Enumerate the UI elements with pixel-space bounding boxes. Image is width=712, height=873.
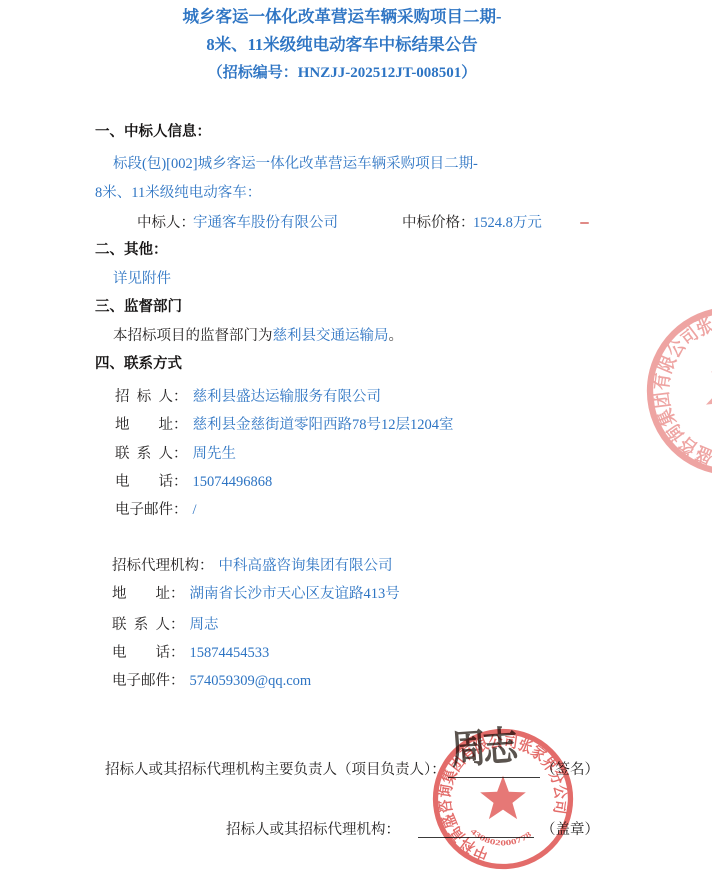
row-label: 联系人 [112, 615, 170, 635]
tenderer-row-address: 地址：慈利县金慈街道零阳西路78号12层1204室 [115, 415, 454, 435]
row-label: 招标人 [115, 387, 173, 407]
handwritten-signature: 周志 [449, 718, 517, 780]
row-label: 电子邮件 [112, 671, 170, 691]
tenderer-row-email: 电子邮件：/ [115, 500, 197, 520]
attachment-note: 详见附件 [113, 269, 171, 289]
seal-ring [616, 276, 712, 505]
row-colon: ： [173, 389, 188, 405]
page-title-line2: 8米、11米级纯电动客车中标结果公告 [0, 34, 684, 56]
stamp-suffix: （盖章） [541, 820, 599, 840]
stamp-underline [418, 821, 534, 838]
row-label: 电话 [112, 643, 170, 663]
supervisor-name: 慈利县交通运输局 [273, 328, 389, 344]
section-heading-other: 二、其他： [95, 240, 168, 260]
lot-line-1: 标段(包)[002]城乡客运一体化改革营运车辆采购项目二期- [113, 154, 478, 174]
page-title-line1: 城乡客运一体化改革营运车辆采购项目二期- [0, 6, 684, 28]
responsible-person-label: 招标人或其招标代理机构主要负责人（项目负责人）： [105, 760, 446, 780]
row-value: 周志 [190, 617, 219, 633]
row-value: / [193, 502, 197, 518]
tenderer-row-contact-person: 联系人：周先生 [115, 444, 236, 464]
row-label: 电话 [115, 472, 173, 492]
signature-suffix: （签名） [541, 760, 599, 780]
row-colon: ： [173, 446, 188, 462]
tender-number: （招标编号：HNZJJ-202512JT-008501） [0, 63, 684, 83]
svg-text:中科高盛咨询集团有限公司张家界分公司: 中科高盛咨询集团有限公司张家界分公司 [617, 277, 712, 503]
section-heading-contact: 四、联系方式 [95, 354, 182, 374]
row-value: 周先生 [193, 446, 237, 462]
row-colon: ： [170, 586, 185, 602]
winner-value: 宇通客车股份有限公司 [193, 213, 338, 233]
supervisor-body-prefix: 本招标项目的监督部门为 [113, 328, 273, 344]
stray-red-mark [580, 222, 589, 224]
row-label: 地址 [115, 415, 173, 435]
row-label: 招标代理机构 [112, 558, 199, 574]
row-value: 574059309@qq.com [190, 673, 312, 689]
company-seal-stamp-right: 中科高盛咨询集团有限公司张家界分公司 430802000778 [604, 264, 712, 519]
agency-row-phone: 电话：15874454533 [112, 643, 269, 663]
document-page: 城乡客运一体化改革营运车辆采购项目二期- 8米、11米级纯电动客车中标结果公告 … [0, 0, 712, 873]
row-colon: ： [173, 417, 188, 433]
row-colon: ： [170, 617, 185, 633]
agency-row-contact-person: 联系人：周志 [112, 615, 219, 635]
supervisor-body: 本招标项目的监督部门为慈利县交通运输局。 [113, 326, 403, 346]
row-colon: ： [170, 645, 185, 661]
row-colon: ： [173, 474, 188, 490]
lot-line-2: 8米、11米级纯电动客车： [95, 183, 261, 203]
agency-stamp-label: 招标人或其招标代理机构： [226, 820, 400, 840]
row-value: 湖南省长沙市天心区友谊路413号 [190, 586, 400, 602]
seal-star-icon [692, 352, 712, 428]
agency-row-email: 电子邮件：574059309@qq.com [112, 671, 311, 691]
agency-row-name: 招标代理机构：中科高盛咨询集团有限公司 [112, 556, 393, 576]
winner-label: 中标人： [137, 213, 195, 233]
price-value: 1524.8万元 [473, 213, 542, 233]
row-value: 15874454533 [190, 645, 270, 661]
seal-graphic: 中科高盛咨询集团有限公司张家界分公司 430802000778 [604, 264, 712, 519]
seal-star-icon [480, 776, 526, 819]
row-label: 联系人 [115, 444, 173, 464]
seal-company-text: 中科高盛咨询集团有限公司张家界分公司 [617, 277, 712, 503]
row-colon: ： [170, 673, 185, 689]
section-heading-supervisor: 三、监督部门 [95, 297, 182, 317]
row-colon: ： [173, 502, 188, 518]
row-value: 15074496868 [193, 474, 273, 490]
supervisor-body-suffix: 。 [389, 328, 404, 344]
price-label: 中标价格： [402, 213, 475, 233]
row-label: 地址 [112, 584, 170, 604]
section-heading-winner-info: 一、中标人信息： [95, 122, 211, 142]
tenderer-row-name: 招标人：慈利县盛达运输服务有限公司 [115, 387, 381, 407]
row-value: 中科高盛咨询集团有限公司 [219, 558, 393, 574]
row-colon: ： [199, 558, 214, 574]
row-label: 电子邮件 [115, 500, 173, 520]
tenderer-row-phone: 电话：15074496868 [115, 472, 272, 492]
row-value: 慈利县金慈街道零阳西路78号12层1204室 [193, 417, 454, 433]
row-value: 慈利县盛达运输服务有限公司 [193, 389, 382, 405]
agency-row-address: 地址：湖南省长沙市天心区友谊路413号 [112, 584, 400, 604]
